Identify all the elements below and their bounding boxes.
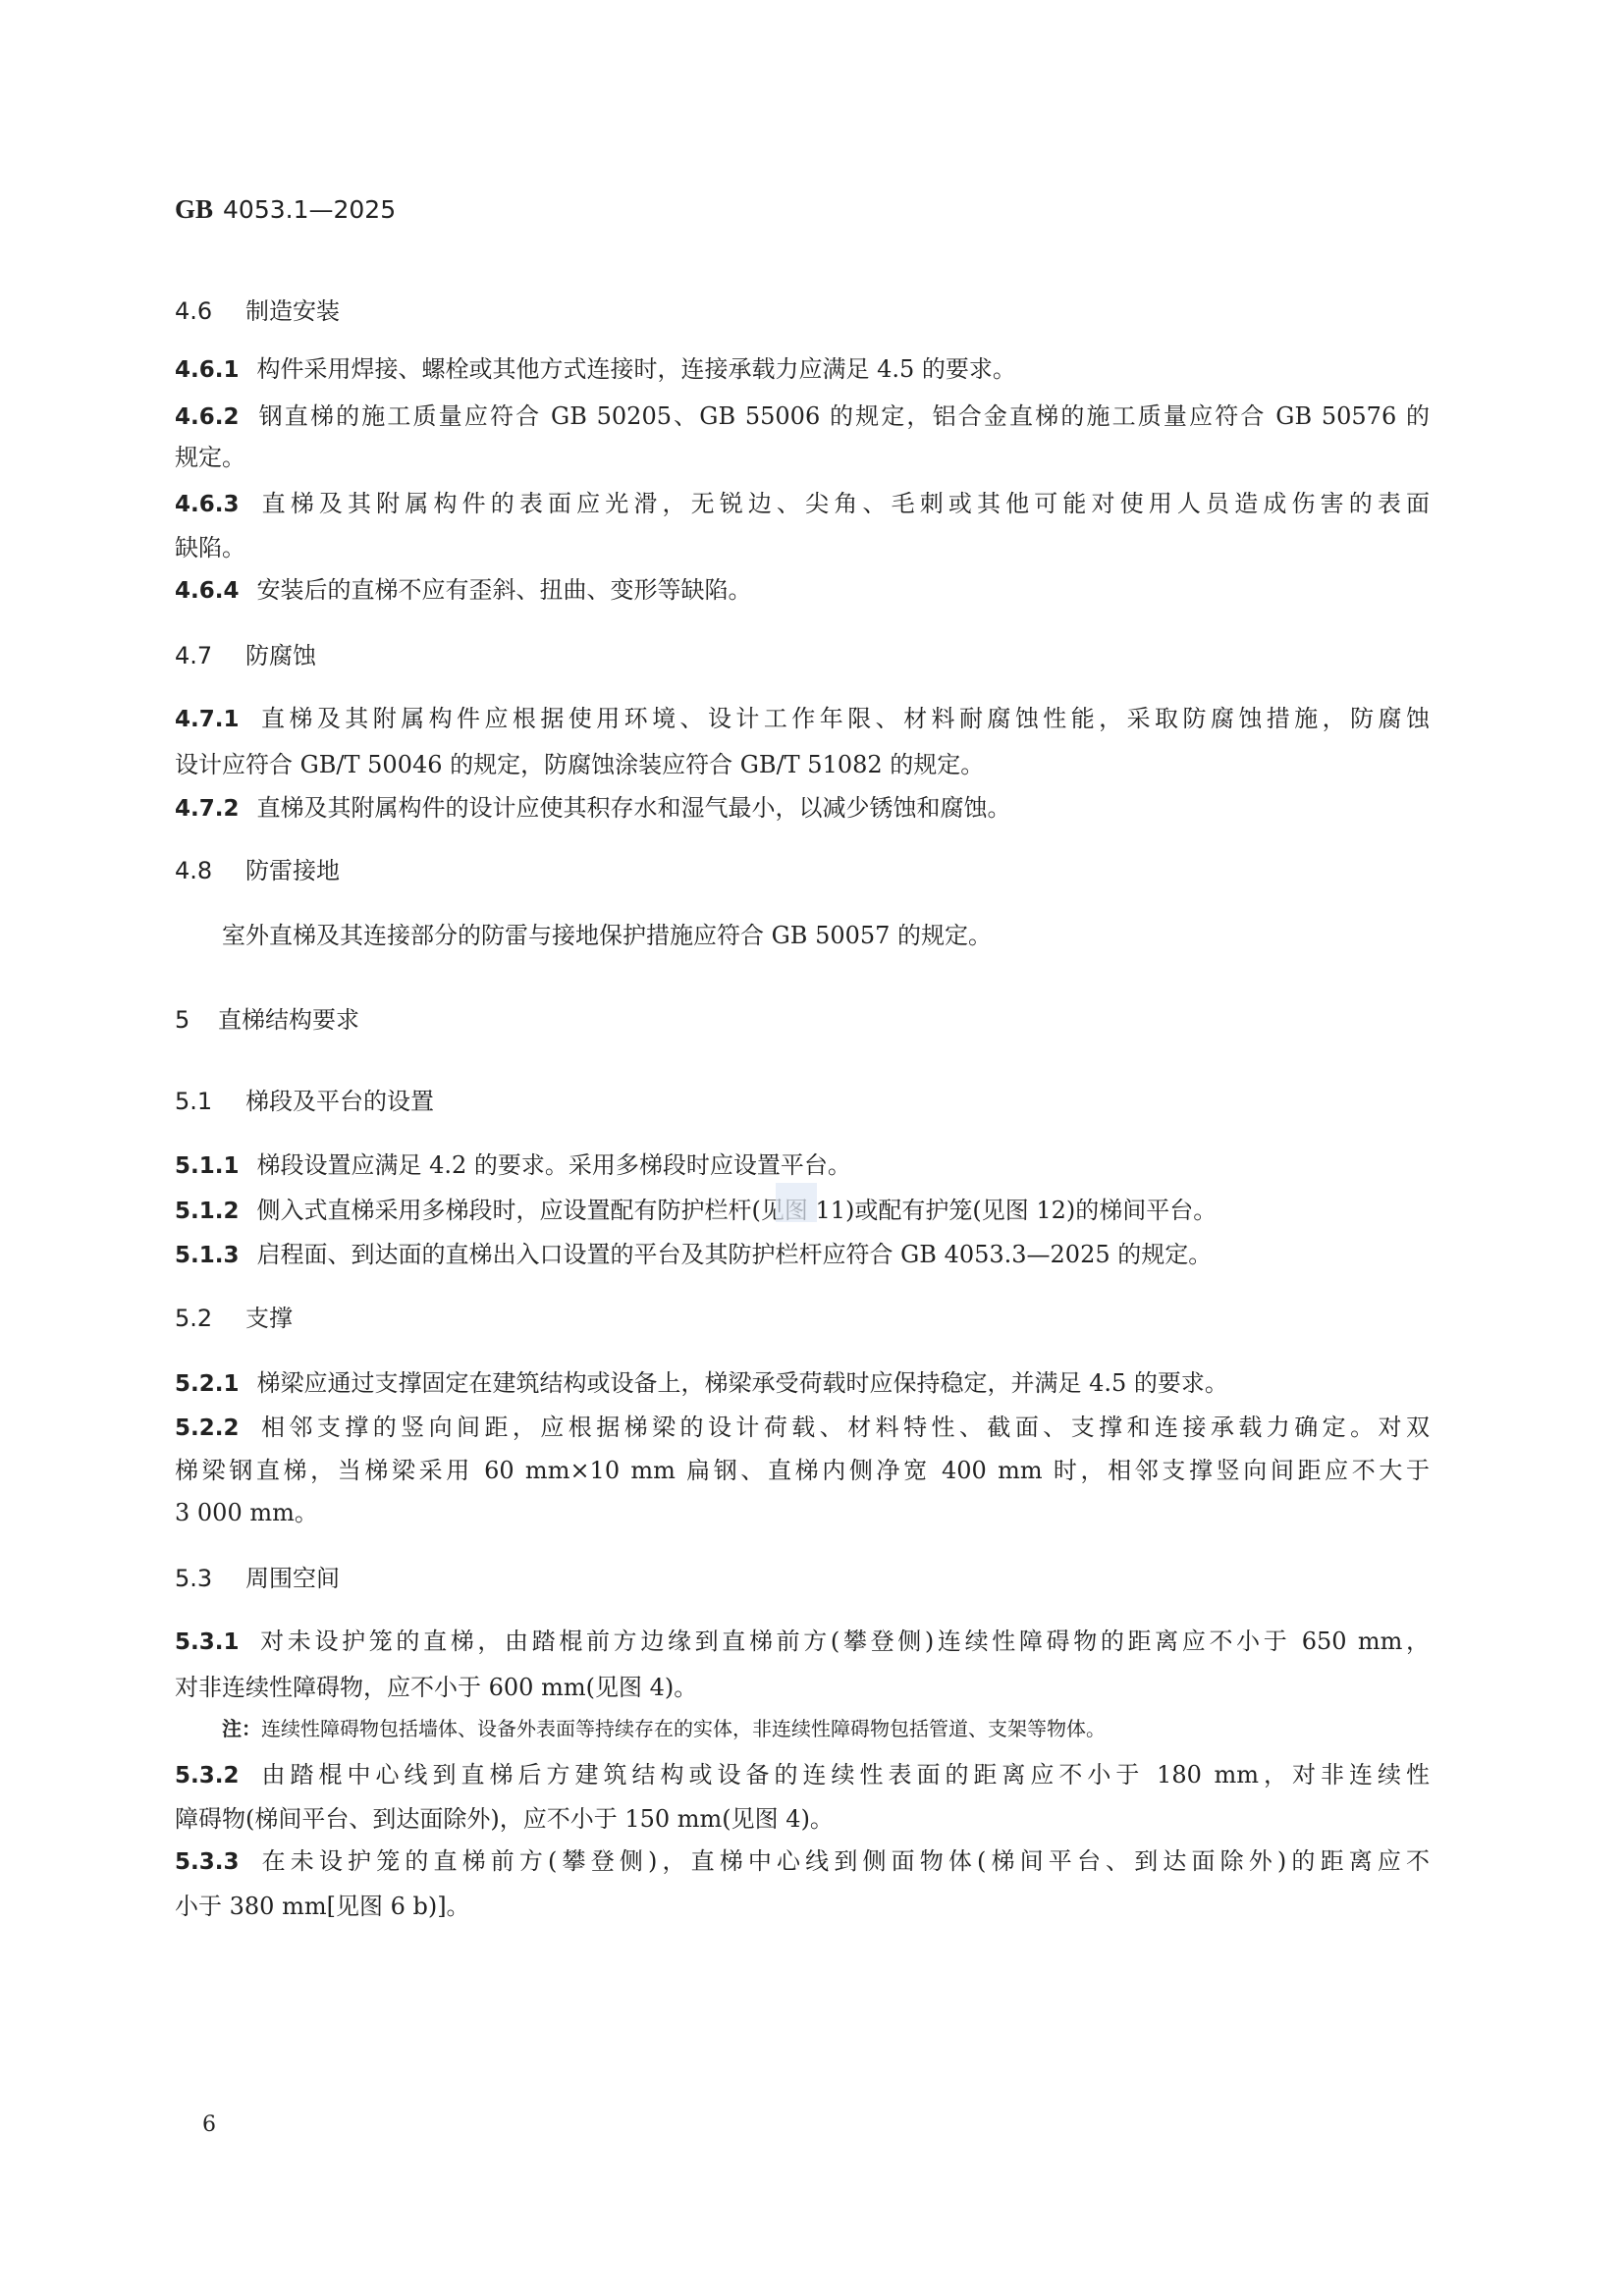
- clause-text: 直梯及其附属构件应根据使用环境、设计工作年限、材料耐腐蚀性能，采取防腐蚀措施，防…: [257, 705, 1431, 732]
- clause-text: 梯梁应通过支撑固定在建筑结构或设备上，梯梁承受荷载时应保持稳定，并满足 4.5 …: [257, 1369, 1228, 1397]
- clause-text: 梯段设置应满足 4.2 的要求。采用多梯段时应设置平台。: [257, 1151, 851, 1179]
- section-heading-5-2: 5.2支撑: [175, 1304, 293, 1333]
- clause-5-3-2-continued: 障碍物(梯间平台、到达面除外)，应不小于 150 mm(见图 4)。: [175, 1804, 834, 1834]
- section-title: 制造安装: [245, 297, 340, 325]
- clause-4-7-2: 4.7.2直梯及其附属构件的设计应使其积存水和湿气最小，以减少锈蚀和腐蚀。: [175, 793, 1011, 824]
- clause-text: 对未设护笼的直梯，由踏棍前方边缘到直梯前方(攀登侧)连续性障碍物的距离应不小于 …: [257, 1628, 1431, 1655]
- section-title: 周围空间: [245, 1565, 340, 1592]
- clause-text: 直梯及其附属构件的表面应光滑，无锐边、尖角、毛刺或其他可能对使用人员造成伤害的表…: [257, 490, 1431, 517]
- section-title: 梯段及平台的设置: [245, 1088, 434, 1115]
- clause-5-3-3-continued: 小于 380 mm[见图 6 b)]。: [175, 1892, 470, 1921]
- clause-5-3-1: 5.3.1对未设护笼的直梯，由踏棍前方边缘到直梯前方(攀登侧)连续性障碍物的距离…: [175, 1627, 1430, 1657]
- chapter-title: 直梯结构要求: [218, 1006, 359, 1034]
- section-heading-4-6: 4.6制造安装: [175, 296, 340, 326]
- note: 注：连续性障碍物包括墙体、设备外表面等持续存在的实体，非连续性障碍物包括管道、支…: [222, 1714, 1106, 1743]
- section-title: 防雷接地: [245, 857, 340, 884]
- section-title: 防腐蚀: [245, 642, 316, 669]
- section-number: 4.6: [175, 296, 245, 326]
- section-heading-5-1: 5.1梯段及平台的设置: [175, 1087, 434, 1116]
- clause-number: 4.6.3: [175, 490, 240, 519]
- clause-5-2-1: 5.2.1梯梁应通过支撑固定在建筑结构或设备上，梯梁承受荷载时应保持稳定，并满足…: [175, 1368, 1228, 1399]
- clause-text: 在未设护笼的直梯前方(攀登侧)，直梯中心线到侧面物体(梯间平台、到达面除外)的距…: [257, 1847, 1431, 1875]
- clause-4-7-1: 4.7.1直梯及其附属构件应根据使用环境、设计工作年限、材料耐腐蚀性能，采取防腐…: [175, 704, 1430, 734]
- clause-4-6-3: 4.6.3直梯及其附属构件的表面应光滑，无锐边、尖角、毛刺或其他可能对使用人员造…: [175, 489, 1430, 519]
- section-number: 4.8: [175, 856, 245, 885]
- clause-text: 构件采用焊接、螺栓或其他方式连接时，连接承载力应满足 4.5 的要求。: [257, 355, 1016, 383]
- clause-4-6-3-continued: 缺陷。: [175, 533, 245, 562]
- chapter-heading-5: 5直梯结构要求: [175, 1005, 359, 1035]
- note-text: 连续性障碍物包括墙体、设备外表面等持续存在的实体，非连续性障碍物包括管道、支架等…: [261, 1717, 1106, 1740]
- section-heading-4-8: 4.8防雷接地: [175, 856, 340, 885]
- clause-text: 启程面、到达面的直梯出入口设置的平台及其防护栏杆应符合 GB 4053.3—20…: [257, 1241, 1213, 1268]
- paragraph-4-8: 室外直梯及其连接部分的防雷与接地保护措施应符合 GB 50057 的规定。: [222, 921, 992, 950]
- clause-4-6-4: 4.6.4安装后的直梯不应有歪斜、扭曲、变形等缺陷。: [175, 575, 752, 606]
- clause-5-2-2: 5.2.2相邻支撑的竖向间距，应根据梯梁的设计荷载、材料特性、截面、支撑和连接承…: [175, 1413, 1430, 1443]
- clause-text: 侧入式直梯采用多梯段时，应设置配有防护栏杆(见图 11)或配有护笼(见图 12)…: [257, 1197, 1218, 1224]
- clause-5-1-3: 5.1.3启程面、到达面的直梯出入口设置的平台及其防护栏杆应符合 GB 4053…: [175, 1240, 1212, 1270]
- section-number: 5.1: [175, 1087, 245, 1116]
- page-number: 6: [202, 2112, 216, 2137]
- clause-4-6-1: 4.6.1构件采用焊接、螺栓或其他方式连接时，连接承载力应满足 4.5 的要求。: [175, 354, 1016, 385]
- clause-text: 由踏棍中心线到直梯后方建筑结构或设备的连续性表面的距离应不小于 180 mm，对…: [257, 1761, 1431, 1789]
- clause-5-3-1-continued: 对非连续性障碍物，应不小于 600 mm(见图 4)。: [175, 1673, 697, 1702]
- clause-number: 4.6.2: [175, 402, 240, 432]
- clause-4-7-1-continued: 设计应符合 GB/T 50046 的规定，防腐蚀涂装应符合 GB/T 51082…: [175, 750, 984, 779]
- clause-number: 5.1.2: [175, 1197, 240, 1226]
- section-title: 支撑: [245, 1305, 293, 1332]
- clause-5-1-1: 5.1.1梯段设置应满足 4.2 的要求。采用多梯段时应设置平台。: [175, 1150, 851, 1181]
- section-number: 4.7: [175, 641, 245, 670]
- clause-text: 直梯及其附属构件的设计应使其积存水和湿气最小，以减少锈蚀和腐蚀。: [257, 794, 1011, 822]
- section-number: 5.2: [175, 1304, 245, 1333]
- clause-5-1-2: 5.1.2侧入式直梯采用多梯段时，应设置配有防护栏杆(见图 11)或配有护笼(见…: [175, 1196, 1217, 1226]
- clause-number: 5.2.1: [175, 1369, 240, 1399]
- clause-4-6-2: 4.6.2钢直梯的施工质量应符合 GB 50205、GB 55006 的规定，铝…: [175, 401, 1430, 432]
- watermark-mark: [776, 1183, 817, 1222]
- clause-number: 5.2.2: [175, 1414, 240, 1443]
- clause-number: 5.1.1: [175, 1151, 240, 1181]
- clause-5-2-2-continued: 梯梁钢直梯，当梯梁采用 60 mm×10 mm 扁钢、直梯内侧净宽 400 mm…: [175, 1456, 1430, 1485]
- chapter-number: 5: [175, 1005, 218, 1035]
- clause-number: 5.3.1: [175, 1628, 240, 1657]
- clause-number: 4.6.4: [175, 576, 240, 606]
- clause-text: 钢直梯的施工质量应符合 GB 50205、GB 55006 的规定，铝合金直梯的…: [257, 402, 1431, 430]
- clause-5-3-2: 5.3.2由踏棍中心线到直梯后方建筑结构或设备的连续性表面的距离应不小于 180…: [175, 1760, 1430, 1790]
- note-label: 注：: [222, 1717, 261, 1740]
- standard-code: 4053.1—2025: [223, 195, 396, 224]
- clause-5-2-2-continued-2: 3 000 mm。: [175, 1498, 318, 1527]
- section-number: 5.3: [175, 1564, 245, 1593]
- clause-text: 安装后的直梯不应有歪斜、扭曲、变形等缺陷。: [257, 576, 752, 604]
- standard-prefix: GB: [175, 194, 213, 224]
- clause-number: 4.7.1: [175, 705, 240, 734]
- clause-4-6-2-continued: 规定。: [175, 443, 245, 472]
- document-header: GB4053.1—2025: [175, 194, 396, 225]
- clause-number: 4.6.1: [175, 355, 240, 385]
- section-heading-5-3: 5.3周围空间: [175, 1564, 340, 1593]
- section-heading-4-7: 4.7防腐蚀: [175, 641, 316, 670]
- clause-text: 相邻支撑的竖向间距，应根据梯梁的设计荷载、材料特性、截面、支撑和连接承载力确定。…: [257, 1414, 1431, 1441]
- clause-5-3-3: 5.3.3在未设护笼的直梯前方(攀登侧)，直梯中心线到侧面物体(梯间平台、到达面…: [175, 1846, 1430, 1877]
- clause-number: 4.7.2: [175, 794, 240, 824]
- clause-number: 5.3.3: [175, 1847, 240, 1877]
- clause-number: 5.3.2: [175, 1761, 240, 1790]
- clause-number: 5.1.3: [175, 1241, 240, 1270]
